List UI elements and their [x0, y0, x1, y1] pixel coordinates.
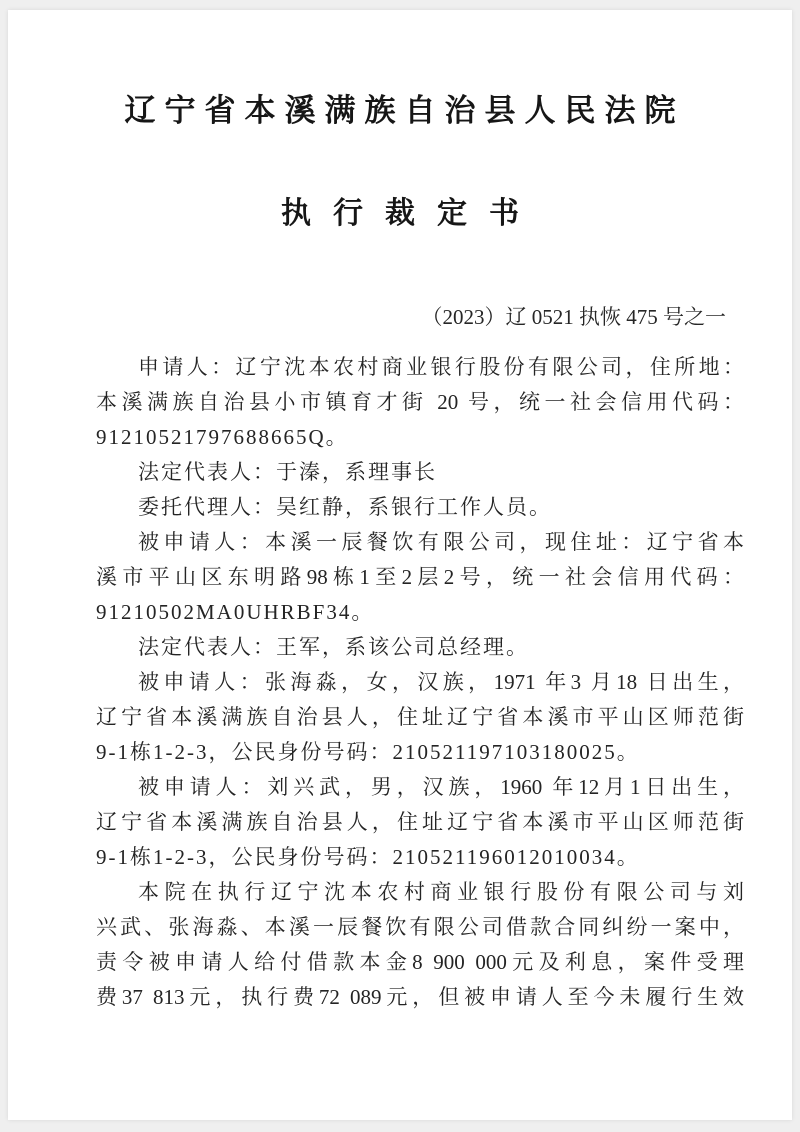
body-line: 辽宁省本溪满族自治县人，住址辽宁省本溪市平山区师范街	[96, 805, 744, 840]
body-line: 被申请人：刘兴武，男，汉族，1960 年12月1日出生，	[96, 770, 744, 805]
body-line: 溪市平山区东明路98栋1至2层2号，统一社会信用代码：	[96, 560, 744, 595]
body-line: 91210502MA0UHRBF34。	[96, 595, 744, 630]
body-line: 9-1栋1-2-3，公民身份号码：210521197103180025。	[96, 735, 744, 770]
body-line: 责令被申请人给付借款本金8 900 000元及利息，案件受理	[96, 945, 744, 980]
body-line: 9-1栋1-2-3，公民身份号码：210521196012010034。	[96, 840, 744, 875]
scan-background: { "document": { "court_name": "辽宁省本溪满族自治…	[0, 0, 800, 1132]
court-name: 辽宁省本溪满族自治县人民法院	[8, 94, 792, 128]
body-line: 本溪满族自治县小市镇育才街 20 号，统一社会信用代码：	[96, 385, 744, 420]
body-line: 法定代表人：王军，系该公司总经理。	[96, 630, 744, 665]
body-line: 被申请人：张海淼，女，汉族，1971 年3 月18 日出生，	[96, 665, 744, 700]
body-line: 委托代理人：吴红静，系银行工作人员。	[96, 490, 744, 525]
document-title: 执行裁定书	[8, 197, 792, 231]
body-line: 兴武、张海淼、本溪一辰餐饮有限公司借款合同纠纷一案中，	[96, 910, 744, 945]
body-line: 申请人：辽宁沈本农村商业银行股份有限公司，住所地：	[96, 350, 744, 385]
body-line: 费37 813元，执行费72 089元，但被申请人至今未履行生效	[96, 980, 744, 1015]
document-page: 辽宁省本溪满族自治县人民法院 执行裁定书 （2023）辽 0521 执恢 475…	[8, 10, 792, 1120]
body-line: 辽宁省本溪满族自治县人，住址辽宁省本溪市平山区师范街	[96, 700, 744, 735]
body-line: 本院在执行辽宁沈本农村商业银行股份有限公司与刘	[96, 875, 744, 910]
case-number: （2023）辽 0521 执恢 475 号之一	[96, 303, 744, 331]
body-line: 法定代表人：于溱，系理事长	[96, 455, 744, 490]
document-body: 申请人：辽宁沈本农村商业银行股份有限公司，住所地： 本溪满族自治县小市镇育才街 …	[96, 350, 744, 1015]
body-line: 91210521797688665Q。	[96, 420, 744, 455]
body-line: 被申请人：本溪一辰餐饮有限公司，现住址：辽宁省本	[96, 525, 744, 560]
